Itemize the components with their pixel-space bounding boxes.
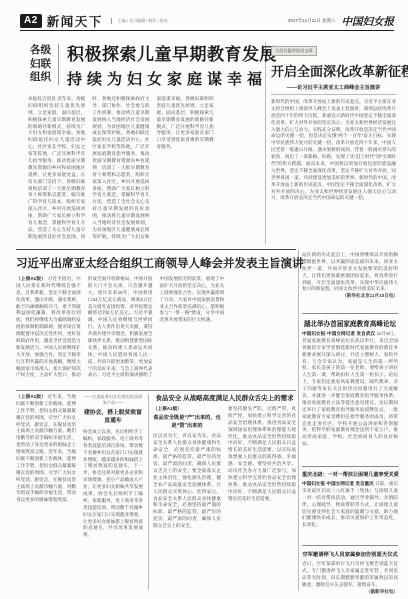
article-body: 本报综合消息 近年来，各级妇联组织坚持儿童优先原则，立足家庭、面向基层，积极探索… [28, 96, 278, 242]
article-bottom-left: （上接A1版） 近年来，当地妇联不断创新工作载体，延伸工作手臂，把妇女群众紧紧凝… [16, 394, 144, 590]
page-number-badge: A2 [20, 14, 42, 28]
divider-above-bottom-section [16, 390, 296, 391]
byline: 中国妇女报·中国女网记者 发自重庆 [302, 481, 374, 486]
sidebar-article-hubei: 湖北举办首届家庭教育高峰论坛 中国妇女报·中国女网记者 发自武汉 11月9日，首… [302, 314, 398, 455]
crosshead: 建协会，搭上脱贫致富直通车 [83, 409, 143, 426]
article-body-text: 民以食为天，食以安为先。食品安全关系人民群众身体健康和生命安全，必须坚持最严谨的… [153, 433, 221, 528]
commentary-label: 人民日报评论员文章 [271, 46, 317, 56]
kicker-line: 各级 [28, 44, 53, 58]
article-women-federation: 各级 妇联 组织 积极探索儿童早期教育发展 持续为妇女家庭谋幸福 本报综合消息 … [28, 40, 278, 242]
bottom-left-column-1: （上接A1版） 近年来，当地妇联不断创新工作载体，延伸工作手臂，把妇女群众紧紧凝… [16, 394, 76, 590]
continued-from-label: （上接A1版） [153, 406, 182, 411]
kicker-line: 组织 [28, 71, 53, 85]
article-body: 站在新的历史起点上，中国将继续以开放的胸襟拥抱世界、以共赢的姿态面向未来，同亚太… [302, 252, 398, 291]
page-header: A2 新闻天下 主编 / 见习编辑 / 制作 / 校对 2017年11月11日 … [20, 12, 394, 31]
article-body: 中国妇女报·中国女网记者 发自重庆 日前，重庆市北碚区启动三八红旗手（集体）与困… [302, 481, 398, 533]
crosshead-kicker: ——打造服务妇女发展的优质服务产品—— [83, 394, 143, 407]
food-safety-column-2: 要坚持源头严防、过程严管、风险严控，加快建立科学完善的食品安全治理体系，推进食品… [228, 406, 296, 588]
hubei-headline: 湖北举办首届家庭教育高峰论坛 [302, 318, 398, 328]
main-headline-line2: 持续为妇女家庭谋幸福 [67, 68, 277, 89]
crosshead: 食品安全既是“产”出来的，也是“管”出来的 [153, 415, 221, 431]
newspaper-page: A2 新闻天下 主编 / 见习编辑 / 制作 / 校对 2017年11月11日 … [0, 0, 408, 599]
divider-bottom-columns [148, 394, 149, 590]
dateline: （据新华社电） [366, 589, 398, 595]
main-headline-line1: 积极探索儿童早期教育发展 [67, 40, 277, 65]
article-body: （上接A1版） 习近平指出，中国人民将在新时代继续自强不息、自我革新，坚定不移全… [16, 276, 296, 384]
article-body: 近日，空军某部举行飞行员停飞暨告别蓝天仪式，专门邀请停飞人员家属走进军营，共同见… [302, 561, 398, 595]
article-body-text: 11月9日，首届家庭教育高峰论坛在武汉举行，来自全国各地的专家学者围绕新时代家庭… [302, 331, 398, 446]
section-title: 新闻天下 [47, 12, 103, 30]
headline-block: 积极探索儿童早期教育发展 持续为妇女家庭谋幸福 [67, 40, 277, 89]
kicker-line: 妇联 [28, 58, 53, 72]
divider-sidebar [298, 250, 299, 590]
article-women-federation-head: 各级 妇联 组织 积极探索儿童早期教育发展 持续为妇女家庭谋幸福 [28, 40, 278, 89]
article-food-safety: 食品安全 从战略高度满足人民群众舌尖上的需求 （上接A1版） 食品安全既是“产”… [153, 393, 296, 588]
issue-date: 2017年11月11日 星期六 [288, 18, 336, 24]
article-body-text: 习近平指出，中国人民将在新时代继续自强不息、自我革新，坚定不移全面深化改革，逢山… [16, 276, 224, 377]
newspaper-masthead: 中国妇女报 [342, 14, 395, 29]
food-safety-headline: 食品安全 从战略高度满足人民群众舌尖上的需求 [153, 393, 296, 402]
commentary-headline: 开启全面深化改革新征程 [271, 61, 396, 80]
continued-from-label: （上接A1版） [16, 394, 46, 399]
continued-from-label: （上接A1版） [16, 276, 46, 281]
food-safety-column-1: （上接A1版） 食品安全既是“产”出来的，也是“管”出来的 民以食为天，食以安为… [153, 406, 221, 588]
article-body-text: 日前，重庆市北碚区启动三八红旗手（集体）与困境儿童一对一结对帮扶活动，通过学业辅… [302, 481, 398, 527]
article-body-text: 协会成立以来，先后组织手工编织、家政服务、电子商务等各类技能培训百余场，带动数千… [83, 429, 143, 537]
article-body-text: 近年来，当地妇联不断创新工作载体，延伸工作手臂，把妇女群众紧紧凝聚在党的周围，引… [16, 394, 76, 502]
masthead-credits: 主编 / 见习编辑 / 制作 / 校对 [111, 18, 168, 24]
byline: 中国妇女报·中国女网记者 发自武汉 [302, 331, 375, 336]
headline-kicker: 各级 妇联 组织 [28, 44, 59, 85]
article-apec-speech: 习近平出席亚太经合组织工商领导人峰会并发表主旨演讲 （上接A1版） 习近平指出，… [16, 252, 296, 384]
dateline: （新华社北京11月10日电） [302, 293, 398, 300]
food-safety-columns: （上接A1版） 食品安全既是“产”出来的，也是“管”出来的 民以食为天，食以安为… [153, 406, 296, 588]
article-body-text: 近日，空军某部举行飞行员停飞暨告别蓝天仪式，专门邀请停飞人员家属走进军营，共同见… [302, 561, 398, 587]
sidebar-article-chongqing: 重庆北碚：一对一帮扶让困境儿童享受关爱 中国妇女报·中国女网记者 发自重庆 日前… [302, 467, 398, 533]
commentary-subtitle: ——论习近平主席亚太工商峰会主旨演讲 [271, 84, 396, 95]
sidebar-article-airforce: 空军邀请停飞人员家属参加告别蓝天仪式 近日，空军某部举行飞行员停飞暨告别蓝天仪式… [302, 546, 398, 595]
article-commentary: 人民日报评论员文章 开启全面深化改革新征程 ——论习近平主席亚太工商峰会主旨演讲… [271, 39, 396, 247]
chongqing-headline: 重庆北碚：一对一帮扶让困境儿童享受关爱 [302, 471, 398, 478]
divider-above-middle-article [16, 249, 296, 250]
apec-headline: 习近平出席亚太经合组织工商领导人峰会并发表主旨演讲 [16, 255, 296, 271]
commentary-continuation: 站在新的历史起点上，中国将继续以开放的胸襟拥抱世界、以共赢的姿态面向未来，同亚太… [302, 252, 398, 310]
bottom-left-column-2: ——打造服务妇女发展的优质服务产品—— 建协会，搭上脱贫致富直通车 协会成立以来… [83, 394, 143, 590]
article-body: 新时代的中国，改革开放站上新的历史起点。习近平主席在亚太经合组织工商领导人峰会上… [271, 99, 396, 247]
airforce-headline: 空军邀请停飞人员家属参加告别蓝天仪式 [302, 550, 398, 558]
article-body: 中国妇女报·中国女网记者 发自武汉 11月9日，首届家庭教育高峰论坛在武汉举行，… [302, 331, 398, 455]
